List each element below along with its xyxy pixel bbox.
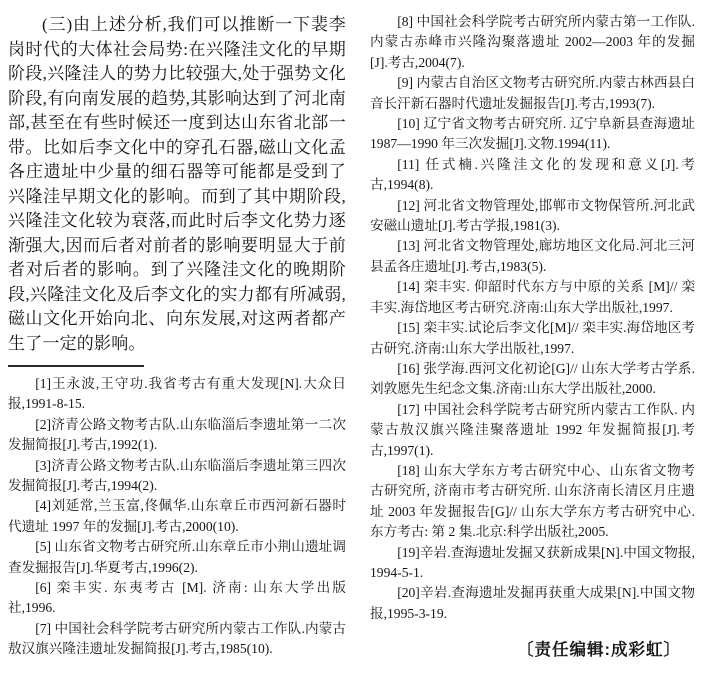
reference-item-12: [12] 河北省文物管理处,邯郸市文物保管所.河北武安磁山遗址[J].考古学报,… (370, 196, 695, 237)
reference-item-3: [3]济青公路文物考古队.山东临淄后李遗址第三四次发掘简报[J].考古,1994… (8, 456, 346, 497)
paper-page: (三)由上述分析,我们可以推断一下裴李岗时代的大体社会局势:在兴隆洼文化的早期阶… (0, 0, 701, 674)
references-divider (8, 365, 144, 367)
reference-item-17: [17] 中国社会科学院考古研究所内蒙古工作队. 内蒙古敖汉旗兴隆洼聚落遗址 1… (370, 400, 695, 461)
reference-item-13: [13] 河北省文物管理处,廊坊地区文化局.河北三河县孟各庄遗址[J].考古,1… (370, 236, 695, 277)
reference-item-5: [5] 山东省文物考古研究所.山东章丘市小荆山遗址调查发掘报告[J].华夏考古,… (8, 537, 346, 578)
reference-item-11: [11] 任式楠.兴隆洼文化的发现和意义[J].考古,1994(8). (370, 155, 695, 196)
reference-item-20: [20]辛岩.查海遗址发掘再获重大成果[N].中国文物报,1995-3-19. (370, 583, 695, 624)
reference-item-6: [6] 栾丰实. 东夷考古 [M]. 济南: 山东大学出版社,1996. (8, 578, 346, 619)
reference-item-16: [16] 张学海.西河文化初论[G]// 山东大学考古学系.刘敦愿先生纪念文集.… (370, 359, 695, 400)
reference-item-2: [2]济青公路文物考古队.山东临淄后李遗址第一二次发掘简报[J].考古,1992… (8, 415, 346, 456)
references-right: [8] 中国社会科学院考古研究所内蒙古第一工作队.内蒙古赤峰市兴隆沟聚落遗址 2… (370, 12, 695, 624)
main-paragraph: (三)由上述分析,我们可以推断一下裴李岗时代的大体社会局势:在兴隆洼文化的早期阶… (8, 13, 346, 356)
reference-item-10: [10] 辽宁省文物考古研究所. 辽宁阜新县查海遗址 1987—1990 年三次… (370, 114, 695, 155)
reference-item-7: [7] 中国社会科学院考古研究所内蒙古工作队.内蒙古敖汉旗兴隆洼遗址发掘简报[J… (8, 619, 346, 660)
reference-item-4: [4]刘延常,兰玉富,佟佩华.山东章丘市西河新石器时代遗址 1997 年的发掘[… (8, 496, 346, 537)
right-column: [8] 中国社会科学院考古研究所内蒙古第一工作队.内蒙古赤峰市兴隆沟聚落遗址 2… (370, 10, 695, 674)
reference-item-9: [9] 内蒙古自治区文物考古研究所.内蒙古林西县白音长汗新石器时代遗址发掘报告[… (370, 73, 695, 114)
reference-item-8: [8] 中国社会科学院考古研究所内蒙古第一工作队.内蒙古赤峰市兴隆沟聚落遗址 2… (370, 12, 695, 73)
editor-credit: 〔责任编辑:成彩虹〕 (370, 636, 695, 660)
reference-item-18: [18] 山东大学东方考古研究中心、山东省文物考古研究所, 济南市考古研究所. … (370, 461, 695, 543)
reference-item-15: [15] 栾丰实.试论后李文化[M]// 栾丰实.海岱地区考古研究.济南:山东大… (370, 318, 695, 359)
reference-item-19: [19]辛岩.查海遗址发掘又获新成果[N].中国文物报, 1994-5-1. (370, 543, 695, 584)
left-column: (三)由上述分析,我们可以推断一下裴李岗时代的大体社会局势:在兴隆洼文化的早期阶… (8, 10, 346, 674)
reference-item-14: [14] 栾丰实. 仰韶时代东方与中原的关系 [M]// 栾丰实.海岱地区考古研… (370, 277, 695, 318)
references-left: [1]王永波,王守功.我省考古有重大发现[N].大众日报,1991-8-15. … (8, 374, 346, 660)
reference-item-1: [1]王永波,王守功.我省考古有重大发现[N].大众日报,1991-8-15. (8, 374, 346, 415)
